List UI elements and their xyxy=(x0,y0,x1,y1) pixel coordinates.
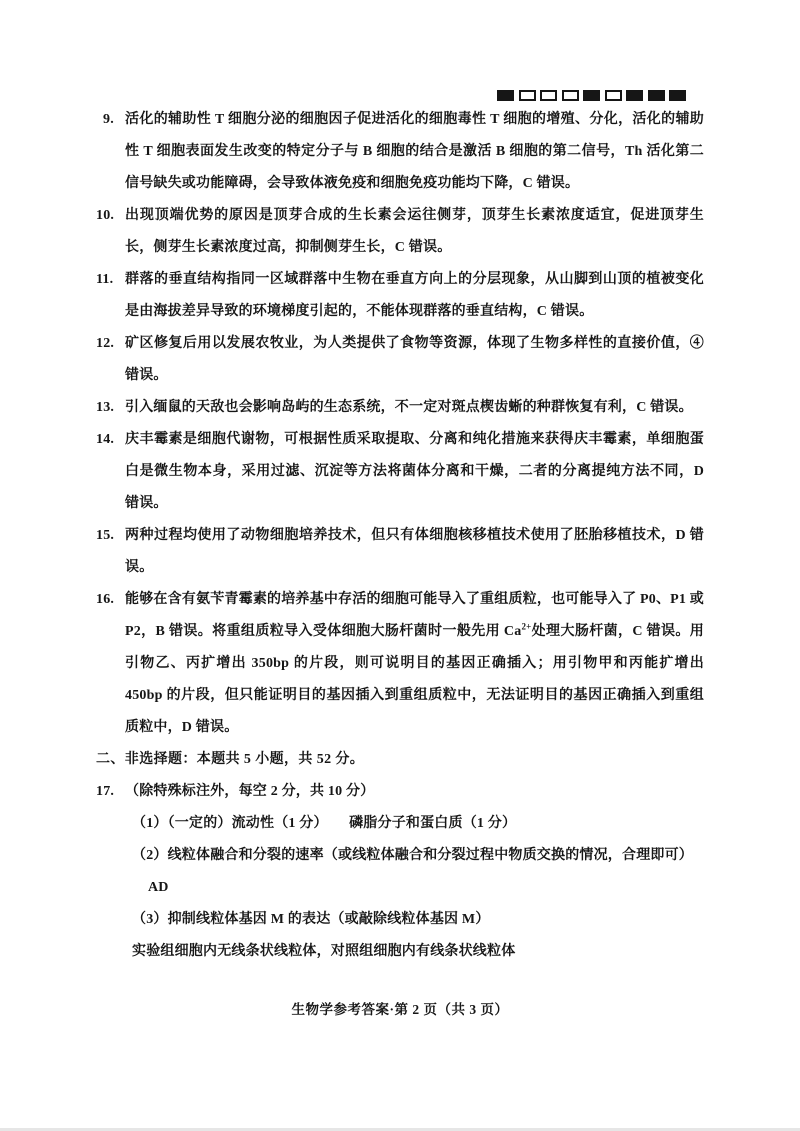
answer-item-16: 16. 能够在含有氨苄青霉素的培养基中存活的细胞可能导入了重组质粒，也可能导入了… xyxy=(96,584,704,744)
registration-mark xyxy=(583,90,600,101)
answer-item-11: 11. 群落的垂直结构指同一区域群落中生物在垂直方向上的分层现象，从山脚到山顶的… xyxy=(96,264,704,328)
item-number: 15. xyxy=(96,520,125,584)
registration-marks xyxy=(497,90,686,101)
item-text: 活化的辅助性 T 细胞分泌的细胞因子促进活化的细胞毒性 T 细胞的增殖、分化，活… xyxy=(125,104,704,200)
registration-mark xyxy=(540,90,557,101)
answer-item-12: 12. 矿区修复后用以发展农牧业，为人类提供了食物等资源，体现了生物多样性的直接… xyxy=(96,328,704,392)
q17-answer-line-4: （3）抑制线粒体基因 M 的表达（或敲除线粒体基因 M） xyxy=(132,904,704,936)
superscript-charge: 2+ xyxy=(521,621,531,631)
item-number: 11. xyxy=(96,264,125,328)
registration-mark xyxy=(648,90,665,101)
registration-mark xyxy=(605,90,622,101)
registration-mark xyxy=(562,90,579,101)
answer-item-17: 17. （除特殊标注外，每空 2 分，共 10 分） xyxy=(96,776,704,808)
answer-item-10: 10. 出现顶端优势的原因是顶芽合成的生长素会运往侧芽，顶芽生长素浓度适宜，促进… xyxy=(96,200,704,264)
item-text: 出现顶端优势的原因是顶芽合成的生长素会运往侧芽，顶芽生长素浓度适宜，促进顶芽生长… xyxy=(125,200,704,264)
item-text: 群落的垂直结构指同一区域群落中生物在垂直方向上的分层现象，从山脚到山顶的植被变化… xyxy=(125,264,704,328)
item-text: （除特殊标注外，每空 2 分，共 10 分） xyxy=(125,776,704,808)
q17-answer-line-2: （2）线粒体融合和分裂的速率（或线粒体融合和分裂过程中物质交换的情况，合理即可） xyxy=(132,840,704,872)
item-text: 两种过程均使用了动物细胞培养技术，但只有体细胞核移植技术使用了胚胎移植技术，D … xyxy=(125,520,704,584)
registration-mark xyxy=(497,90,514,101)
item-number: 13. xyxy=(96,392,125,424)
answer-item-13: 13. 引入缅鼠的天敌也会影响岛屿的生态系统，不一定对斑点楔齿蜥的种群恢复有利，… xyxy=(96,392,704,424)
item-text-segment: 处理大肠杆菌，C 错误。用引物乙、丙扩增出 350bp 的片段，则可说明目的基因… xyxy=(125,624,704,735)
item-number: 16. xyxy=(96,584,125,744)
answers-content: 9. 活化的辅助性 T 细胞分泌的细胞因子促进活化的细胞毒性 T 细胞的增殖、分… xyxy=(96,104,704,968)
answer-sheet-page: 9. 活化的辅助性 T 细胞分泌的细胞因子促进活化的细胞毒性 T 细胞的增殖、分… xyxy=(0,0,800,1131)
item-number: 12. xyxy=(96,328,125,392)
registration-mark xyxy=(669,90,686,101)
registration-mark xyxy=(626,90,643,101)
item-text: 庆丰霉素是细胞代谢物，可根据性质采取提取、分离和纯化措施来获得庆丰霉素，单细胞蛋… xyxy=(125,424,704,520)
page-footer: 生物学参考答案·第 2 页（共 3 页） xyxy=(0,994,800,1026)
item-text: 引入缅鼠的天敌也会影响岛屿的生态系统，不一定对斑点楔齿蜥的种群恢复有利，C 错误… xyxy=(125,392,704,424)
item-text: 矿区修复后用以发展农牧业，为人类提供了食物等资源，体现了生物多样性的直接价值，④… xyxy=(125,328,704,392)
item-number: 17. xyxy=(96,776,125,808)
section-2-heading: 二、非选择题：本题共 5 小题，共 52 分。 xyxy=(96,744,704,776)
q17-answer-line-1: （1）（一定的）流动性（1 分） 磷脂分子和蛋白质（1 分） xyxy=(132,808,704,840)
answer-item-14: 14. 庆丰霉素是细胞代谢物，可根据性质采取提取、分离和纯化措施来获得庆丰霉素，… xyxy=(96,424,704,520)
registration-mark xyxy=(519,90,536,101)
item-number: 9. xyxy=(96,104,125,200)
answer-item-15: 15. 两种过程均使用了动物细胞培养技术，但只有体细胞核移植技术使用了胚胎移植技… xyxy=(96,520,704,584)
q17-answer-line-5: 实验组细胞内无线条状线粒体，对照组细胞内有线条状线粒体 xyxy=(132,936,704,968)
item-number: 10. xyxy=(96,200,125,264)
q17-answer-line-3: AD xyxy=(148,872,704,904)
answer-item-9: 9. 活化的辅助性 T 细胞分泌的细胞因子促进活化的细胞毒性 T 细胞的增殖、分… xyxy=(96,104,704,200)
item-number: 14. xyxy=(96,424,125,520)
item-text: 能够在含有氨苄青霉素的培养基中存活的细胞可能导入了重组质粒，也可能导入了 P0、… xyxy=(125,584,704,744)
